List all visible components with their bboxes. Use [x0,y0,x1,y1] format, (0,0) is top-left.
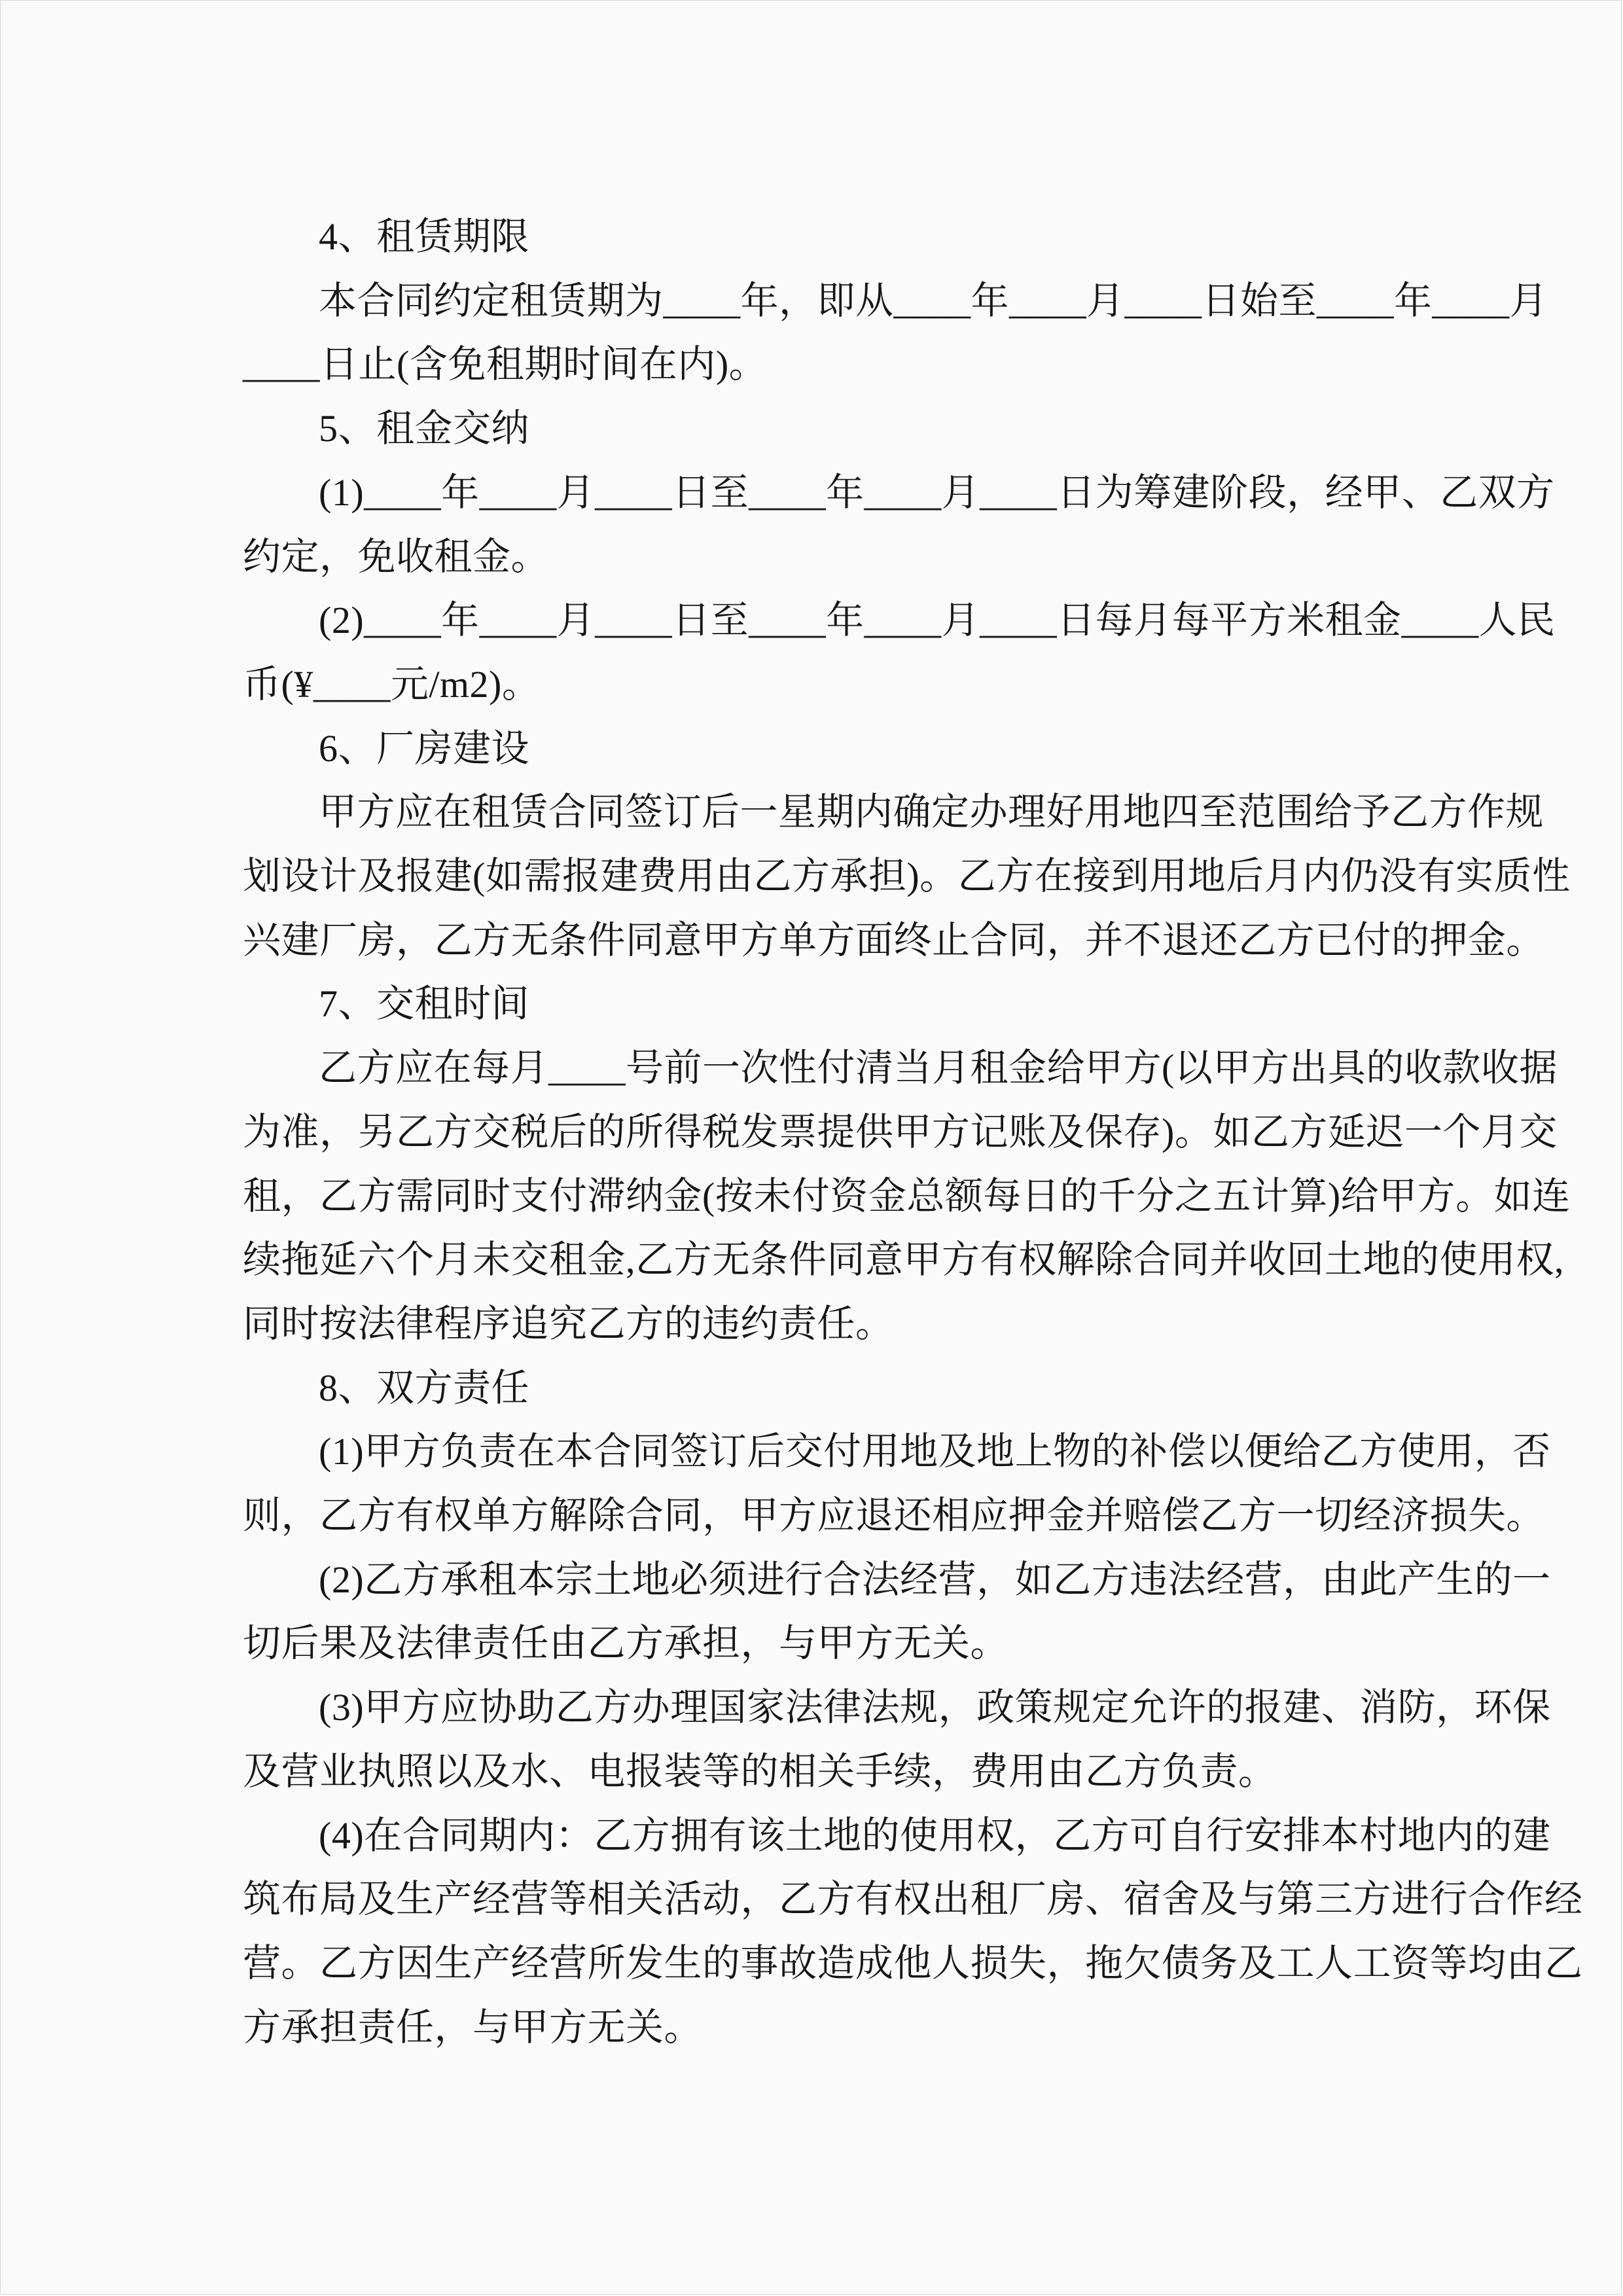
contract-line-23: 切后果及法律责任由乙方承担，与甲方无关。 [243,1611,1414,1676]
contract-line-20: (1)甲方负责在本合同签订后交付用地及地上物的补偿以便给乙方使用，否 [243,1420,1414,1484]
contract-line-13: 7、交租时间 [243,972,1414,1036]
contract-line-25: 及营业执照以及水、电报装等的相关手续，费用由乙方负责。 [243,1740,1414,1804]
contract-line-12: 兴建厂房，乙方无条件同意甲方单方面终止合同，并不退还乙方已付的押金。 [243,908,1414,973]
contract-line-5: (1)____年____月____日至____年____月____日为筹建阶段，… [243,461,1414,525]
contract-line-6: 约定，免收租金。 [243,525,1414,589]
contract-line-9: 6、厂房建设 [243,717,1414,781]
contract-line-7: (2)____年____月____日至____年____月____日每月每平方米… [243,588,1414,653]
contract-line-1: 4、租赁期限 [243,205,1414,269]
contract-line-2: 本合同约定租赁期为____年，即从____年____月____日始至____年_… [243,269,1414,333]
contract-line-17: 续拖延六个月未交租金,乙方无条件同意甲方有权解除合同并收回土地的使用权, [243,1228,1414,1292]
contract-line-24: (3)甲方应协助乙方办理国家法律法规，政策规定允许的报建、消防，环保 [243,1676,1414,1740]
contract-line-29: 方承担责任，与甲方无关。 [243,1996,1414,2060]
contract-line-3: ____日止(含免租期时间在内)。 [243,332,1414,397]
contract-page: 4、租赁期限本合同约定租赁期为____年，即从____年____月____日始至… [0,0,1622,2295]
contract-line-22: (2)乙方承租本宗土地必须进行合法经营，如乙方违法经营，由此产生的一 [243,1548,1414,1612]
contract-body: 4、租赁期限本合同约定租赁期为____年，即从____年____月____日始至… [243,205,1414,2059]
contract-line-28: 营。乙方因生产经营所发生的事故造成他人损失，拖欠债务及工人工资等均由乙 [243,1931,1414,1996]
contract-line-4: 5、租金交纳 [243,397,1414,461]
contract-line-11: 划设计及报建(如需报建费用由乙方承担)。乙方在接到用地后月内仍没有实质性 [243,844,1414,908]
contract-line-16: 租，乙方需同时支付滞纳金(按未付资金总额每日的千分之五计算)给甲方。如连 [243,1164,1414,1229]
contract-line-18: 同时按法律程序追究乙方的违约责任。 [243,1292,1414,1356]
contract-line-27: 筑布局及生产经营等相关活动，乙方有权出租厂房、宿舍及与第三方进行合作经 [243,1867,1414,1931]
contract-line-8: 币(¥____元/m2)。 [243,653,1414,717]
contract-line-26: (4)在合同期内：乙方拥有该土地的使用权，乙方可自行安排本村地内的建 [243,1804,1414,1868]
contract-line-10: 甲方应在租赁合同签订后一星期内确定办理好用地四至范围给予乙方作规 [243,780,1414,844]
contract-line-19: 8、双方责任 [243,1356,1414,1420]
contract-line-21: 则，乙方有权单方解除合同，甲方应退还相应押金并赔偿乙方一切经济损失。 [243,1484,1414,1548]
contract-line-14: 乙方应在每月____号前一次性付清当月租金给甲方(以甲方出具的收款收据 [243,1036,1414,1100]
contract-line-15: 为准，另乙方交税后的所得税发票提供甲方记账及保存)。如乙方延迟一个月交 [243,1100,1414,1164]
